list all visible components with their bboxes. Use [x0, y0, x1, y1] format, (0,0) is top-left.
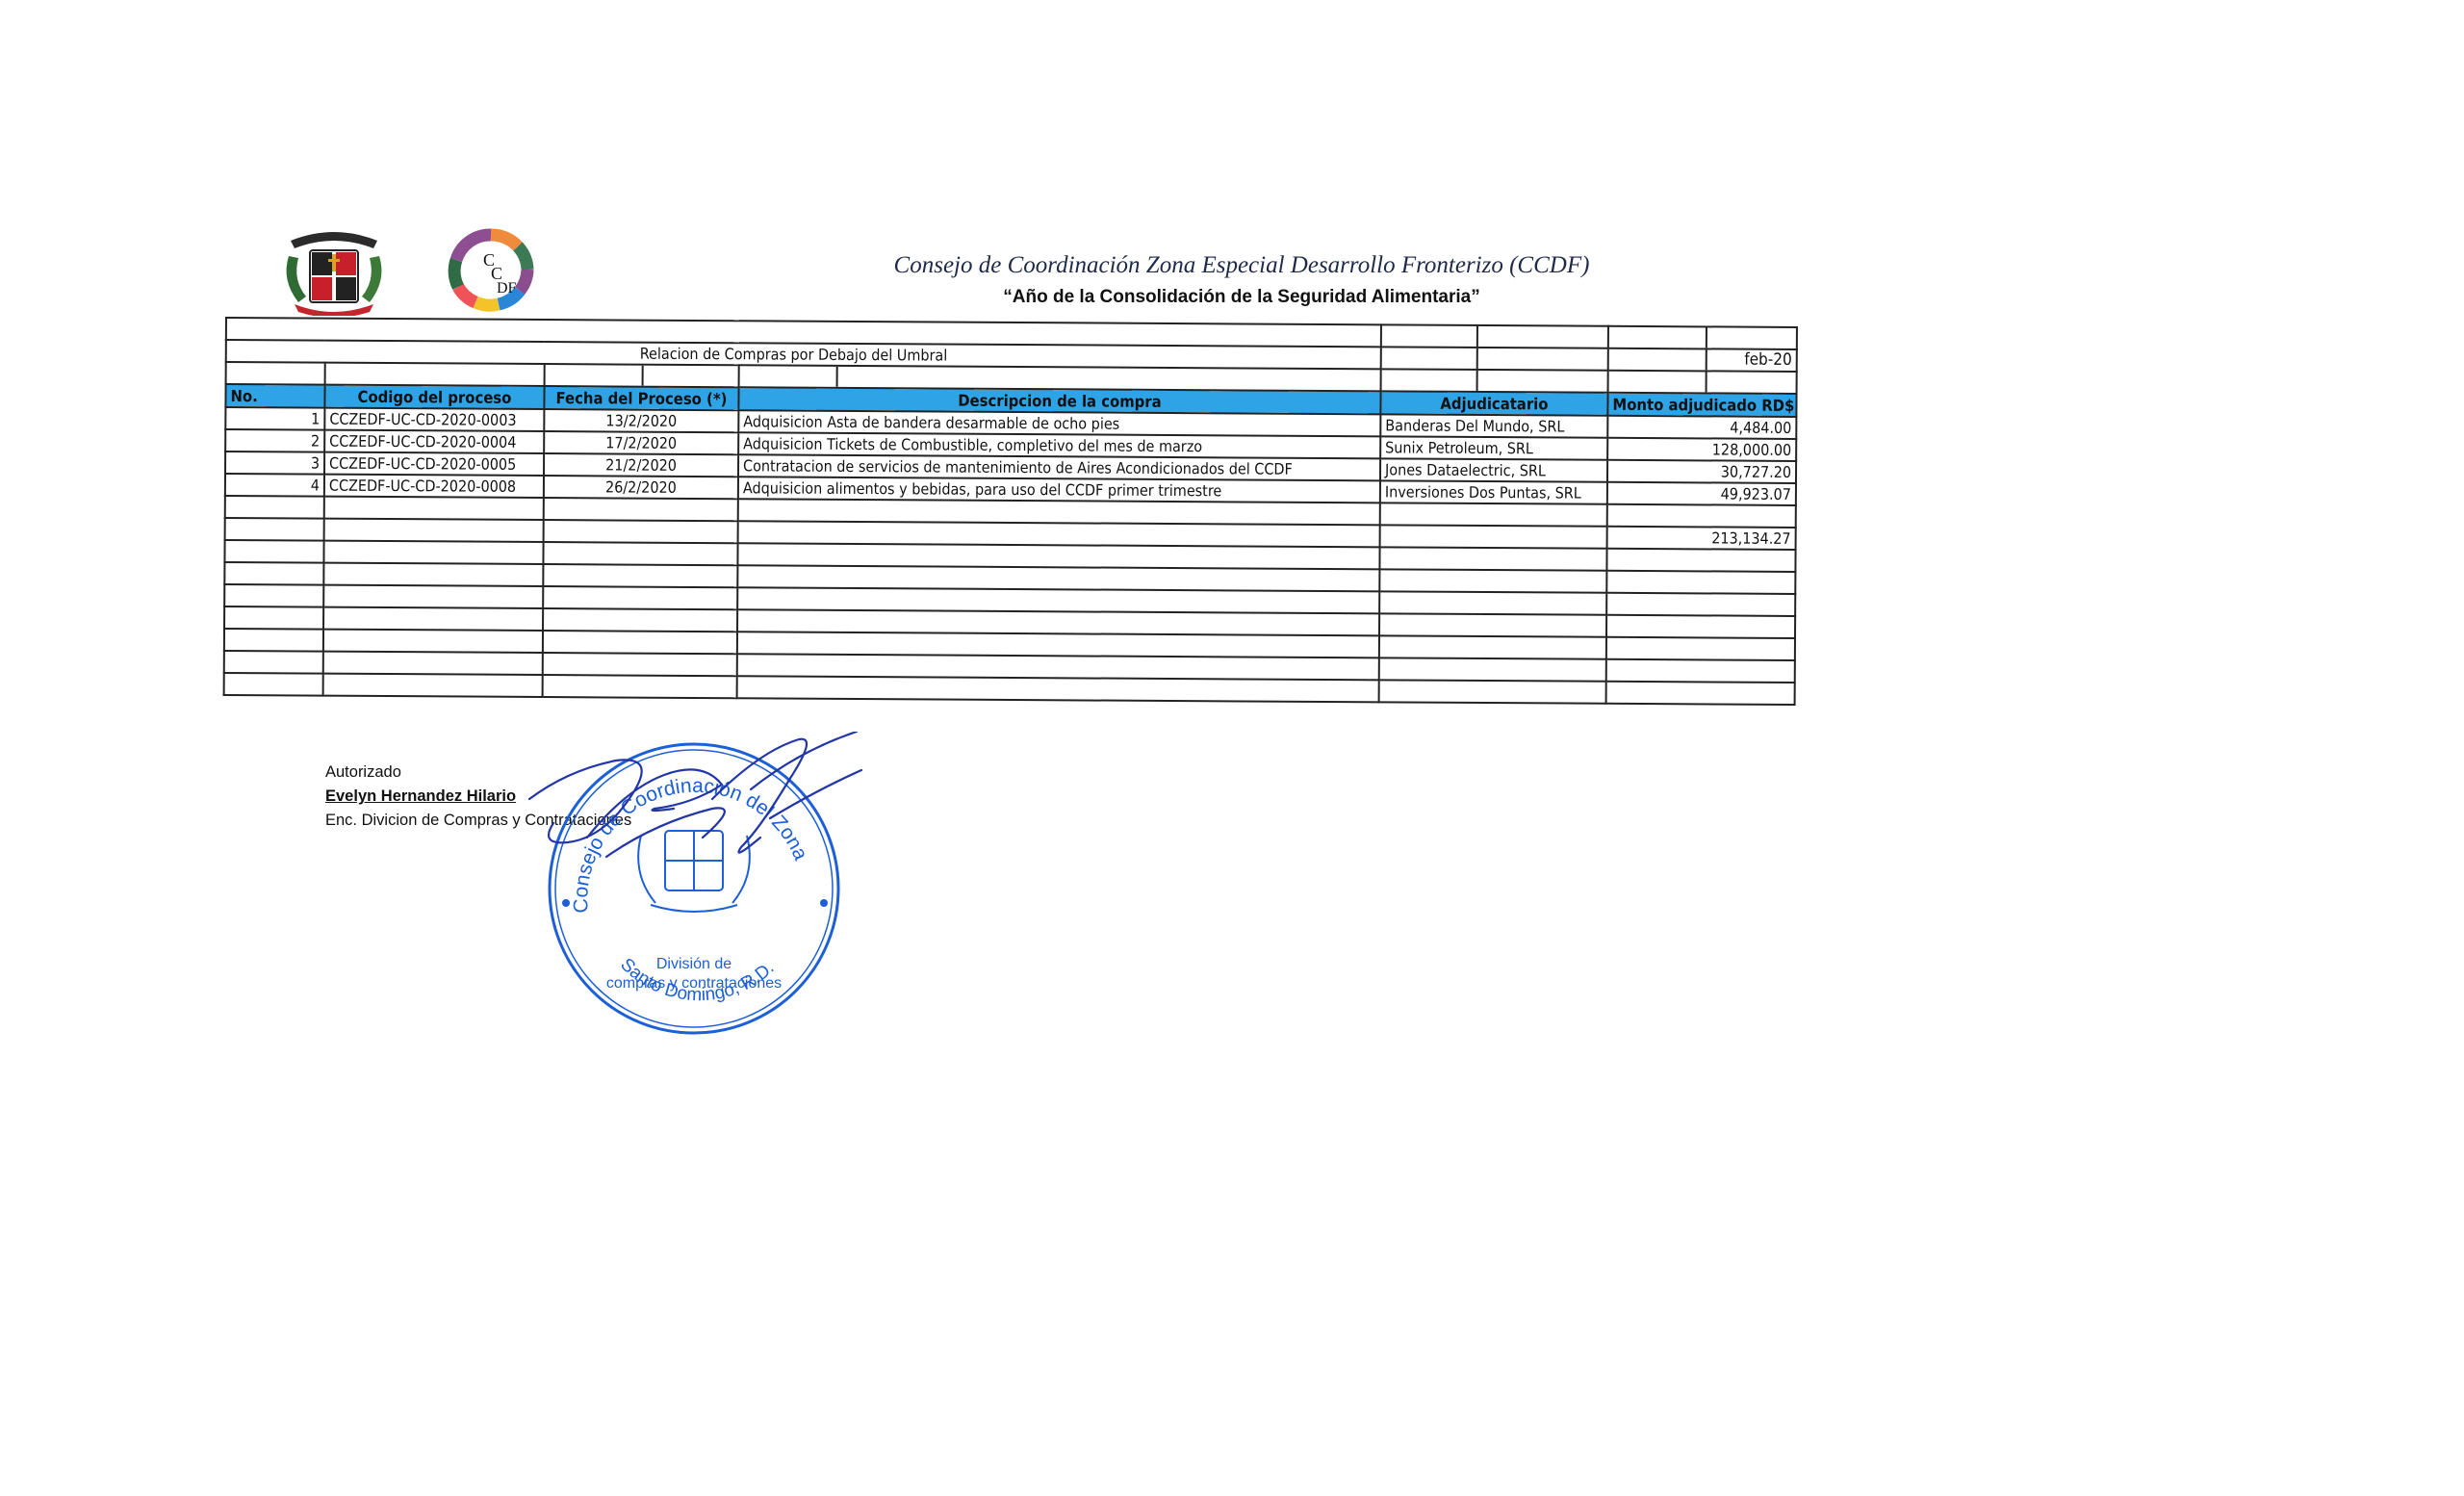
report-period: feb-20 [1707, 349, 1796, 371]
awarded-amount: 128,000.00 [1607, 438, 1796, 461]
awardee: Inversiones Dos Puntas, SRL [1380, 480, 1607, 503]
process-code: CCZEDF-UC-CD-2020-0003 [324, 408, 544, 431]
awarded-amount: 30,727.20 [1607, 460, 1796, 483]
process-code: CCZEDF-UC-CD-2020-0005 [324, 452, 544, 476]
row-number: 1 [225, 407, 324, 430]
coat-of-arms-logo [281, 227, 387, 316]
awarded-amount: 49,923.07 [1607, 482, 1796, 505]
report-title: Relacion de Compras por Debajo del Umbra… [640, 345, 948, 365]
row-number: 4 [225, 474, 324, 497]
purchases-table-sheet: Relacion de Compras por Debajo del Umbra… [223, 317, 1796, 706]
row-number: 3 [225, 451, 324, 475]
awardee: Sunix Petroleum, SRL [1380, 436, 1607, 459]
process-date: 17/2/2020 [544, 431, 738, 454]
awarded-amount: 4,484.00 [1607, 416, 1796, 439]
official-stamp: Consejo de Coordinación del Zona Especia… [535, 730, 853, 1047]
stamp-division-line1: División de [656, 956, 731, 972]
organization-title: Consejo de Coordinación Zona Especial De… [866, 252, 1617, 279]
total-amount: 213,134.27 [1607, 527, 1796, 550]
process-date: 13/2/2020 [544, 409, 738, 432]
process-code: CCZEDF-UC-CD-2020-0004 [324, 430, 544, 453]
column-header-no: No. [225, 384, 324, 408]
purchases-table: Relacion de Compras por Debajo del Umbra… [223, 317, 1798, 706]
process-date: 26/2/2020 [544, 476, 738, 499]
stamp-outer-text: Consejo de Coordinación del Zona Especia… [535, 730, 814, 914]
awardee: Jones Dataelectric, SRL [1380, 458, 1607, 481]
process-date: 21/2/2020 [544, 453, 738, 477]
column-header-codigo: Codigo del proceso [324, 385, 544, 409]
svg-text:DF: DF [497, 280, 517, 297]
awardee: Banderas Del Mundo, SRL [1380, 414, 1607, 437]
column-header-adjudicatario: Adjudicatario [1380, 391, 1607, 415]
year-slogan: “Año de la Consolidación de la Seguridad… [866, 287, 1617, 308]
column-header-monto: Monto adjudicado RD$ [1607, 393, 1796, 417]
row-number: 2 [225, 429, 324, 452]
ccdf-logo: C C DF [441, 227, 541, 314]
stamp-coat-of-arms-icon [638, 831, 750, 912]
column-header-fecha: Fecha del Proceso (*) [544, 386, 738, 410]
svg-text:Consejo de Coordinación del Zo: Consejo de Coordinación del Zona Especia… [535, 730, 814, 914]
process-code: CCZEDF-UC-CD-2020-0008 [324, 475, 544, 498]
